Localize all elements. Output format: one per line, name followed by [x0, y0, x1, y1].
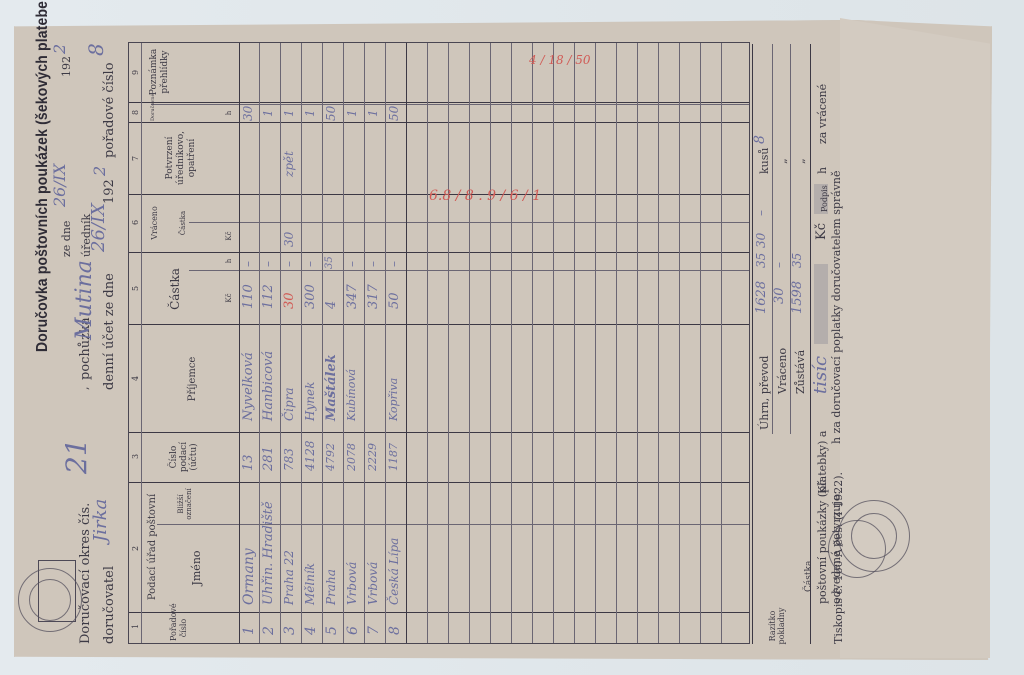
col-office-detail-sub: Bližší označení: [177, 485, 193, 523]
remaining-kc: 1598: [790, 281, 805, 314]
returned-line: za vrácené: [816, 84, 829, 144]
returned-fee: 30: [754, 233, 768, 248]
fee-line: h za doručovací poplatky doručovatelem s…: [830, 170, 843, 444]
red-annotation-confirm: 6.8 / 8 . 9 / 6 / 1: [429, 188, 541, 204]
red-annotation-remark: 4 / 18 / 50: [529, 53, 591, 67]
carrier-label: doručovatel: [102, 566, 117, 644]
remaining-label: Zůstává: [794, 350, 807, 394]
col-fee-header: Doručovné: [149, 105, 157, 121]
signature-label: Podpis: [820, 185, 829, 212]
district-value: 21: [60, 438, 93, 474]
confirm-line-1: poštovní poukázky (platebky) a: [816, 431, 829, 604]
col-amount-header: Částka: [169, 257, 181, 321]
carrier-value: Jirka: [90, 499, 111, 542]
total-kc: 1628: [754, 281, 769, 314]
amount-words: tisíc: [810, 356, 831, 394]
daily-year-label: 192: [102, 179, 117, 204]
pieces-value: 8: [752, 135, 768, 144]
col-office-header: Podací úřad poštovní: [147, 485, 159, 609]
returned-label: Vráceno: [776, 348, 789, 394]
pieces-label: kusů: [758, 148, 771, 174]
delivery-table: 1 2 3 4 5 6 7 8 9 Pořadové číslo Podací …: [128, 42, 750, 644]
cash-label: Částka: [804, 561, 814, 592]
col-order-header: Pořadové číslo: [169, 615, 189, 641]
date-label: ze dne: [60, 221, 73, 257]
year-value: 2: [50, 44, 69, 54]
col-confirm-header: Potvrzení úředníkovo, opatření: [165, 125, 198, 191]
postmark-stamp-left: [18, 568, 82, 632]
order-value: 8: [84, 43, 108, 56]
date-value: 26/IX: [50, 164, 69, 207]
col-recipient-header: Příjemce: [187, 329, 199, 429]
postmark-stamp-right-2: [828, 520, 886, 578]
col-remark-header: Poznámka přehlídky: [149, 45, 171, 99]
cash-stamp-label: Razítko pokladny: [768, 606, 786, 646]
daily-account-label: denní účet ze dne: [102, 273, 117, 390]
col-office-name-sub: Jméno: [191, 527, 203, 609]
returned-kc: 30: [772, 287, 787, 304]
col-number-header: Číslo podací (účtu): [169, 435, 199, 479]
clerk-value: Mutina: [72, 260, 97, 340]
year-label: 192: [60, 56, 73, 77]
rotated-form: Doručovka poštovních poukázek (šekových …: [20, 32, 850, 652]
clerk-label: úředník: [80, 214, 93, 257]
col-returned-header: Vráceno: [149, 197, 161, 249]
daily-year-value: 2: [90, 166, 109, 176]
order-label: pořadové číslo: [102, 62, 117, 158]
total-label: Úhrn, převod: [758, 356, 771, 430]
total-h: 35: [754, 253, 768, 268]
